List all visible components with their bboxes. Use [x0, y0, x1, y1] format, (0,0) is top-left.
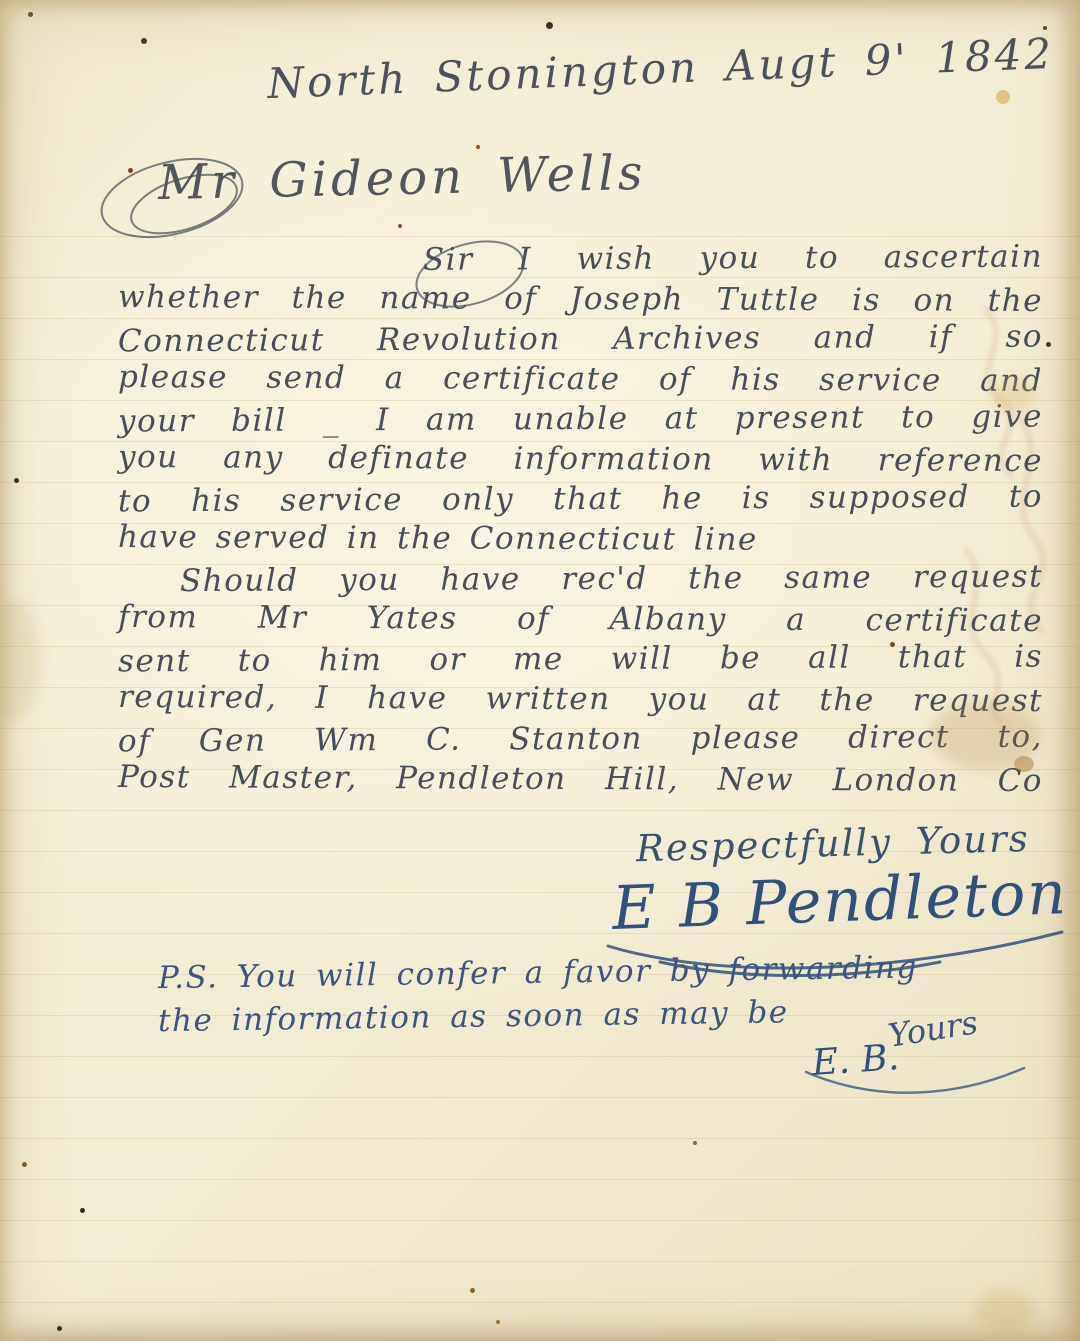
letter-page: { "page": { "paper_color": "#f3ecd4", "r… — [0, 0, 1080, 1341]
foxing-spot — [28, 12, 33, 17]
salutation: Mr Gideon Wells — [157, 145, 646, 211]
foxing-spot — [14, 478, 19, 483]
foxing-spot — [57, 1326, 62, 1331]
foxing-spot — [22, 1162, 27, 1167]
foxing-spot — [470, 1288, 475, 1293]
foxing-spot — [693, 1141, 697, 1145]
body-line: whether the name of Joseph Tuttle is on … — [118, 278, 1043, 322]
foxing-spot — [546, 22, 553, 29]
foxing-spot — [398, 224, 402, 228]
signature: E B Pendleton — [609, 858, 1071, 944]
body-line: have served in the Connecticut line — [118, 518, 1043, 562]
paper-stain — [975, 1290, 1035, 1330]
foxing-spot — [1046, 342, 1051, 347]
foxing-spot — [128, 168, 133, 173]
foxing-spot — [496, 1320, 500, 1324]
body-line: your bill _ I am unable at present to gi… — [118, 398, 1043, 443]
body-line: required, I have written you at the requ… — [118, 678, 1043, 722]
foxing-spot — [80, 1208, 85, 1213]
foxing-spot — [996, 90, 1010, 104]
foxing-spot — [141, 38, 147, 44]
paper-stain — [0, 600, 40, 720]
letter-body: Sir I wish you to ascertain whether the … — [118, 240, 1043, 800]
body-line: sent to him or me will be all that is — [118, 638, 1043, 683]
body-line: Sir I wish you to ascertain — [118, 238, 1043, 283]
body-line: please send a certificate of his service… — [118, 358, 1043, 402]
postscript-initials: E. B. — [811, 1037, 901, 1084]
dateline: North Stonington Augt 9' 1842 — [266, 29, 1055, 108]
body-line: Post Master, Pendleton Hill, New London … — [118, 758, 1043, 802]
body-line: you any definate information with refere… — [118, 438, 1043, 482]
body-line: Connecticut Revolution Archives and if s… — [118, 318, 1043, 363]
body-line: to his service only that he is supposed … — [118, 478, 1043, 523]
body-line: from Mr Yates of Albany a certificate — [118, 598, 1043, 642]
body-line: of Gen Wm C. Stanton please direct to, — [118, 718, 1043, 763]
body-line: Should you have rec'd the same request — [118, 558, 1043, 603]
